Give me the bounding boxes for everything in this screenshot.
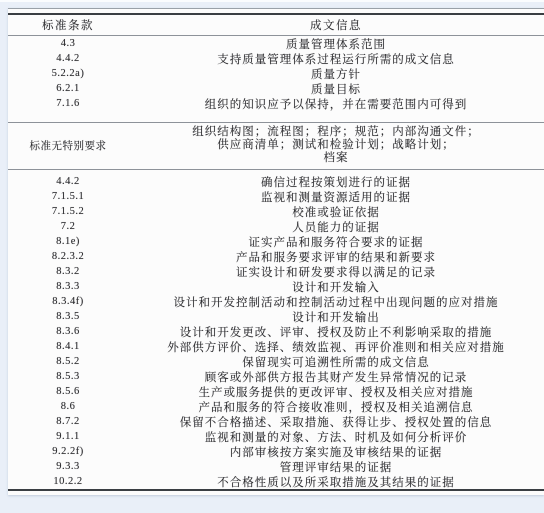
bottom-padding xyxy=(8,491,544,495)
table-row: 8.1e) 证实产品和服务符合要求的证据 xyxy=(8,234,544,249)
clause-cell: 标准无特别要求 xyxy=(8,138,128,153)
table-row: 8.4.1 外部供方评价、选择、绩效监视、再评价准则和相关应对措施 xyxy=(8,339,544,354)
clause-cell: 4.4.2 xyxy=(8,176,128,187)
clause-cell: 8.3.6 xyxy=(8,326,128,337)
table-row: 8.3.5 设计和开发输出 xyxy=(8,309,544,324)
info-cell: 质量方针 xyxy=(128,66,544,82)
section-gap xyxy=(8,111,544,122)
table-row: 7.2 人员能力的证据 xyxy=(8,219,544,234)
table-row: 4.3 质量管理体系范围 xyxy=(8,36,544,51)
info-cell: 人员能力的证据 xyxy=(128,219,544,235)
info-cell: 保留现实可追溯性所需的成文信息 xyxy=(128,354,544,370)
info-cell: 设计和开发输入 xyxy=(128,279,544,295)
table-header-row: 标准条款 成文信息 xyxy=(8,15,544,35)
table-row: 8.3.4f) 设计和开发控制活动和控制活动过程中出现问题的应对措施 xyxy=(8,294,544,309)
scanned-page-background: 标准条款 成文信息 4.3 质量管理体系范围 4.4.2 支持质量管理体系过程运… xyxy=(0,0,544,513)
info-cell: 确信过程按策划进行的证据 xyxy=(128,174,544,190)
clause-cell: 6.2.1 xyxy=(8,83,128,94)
table-row: 8.6 产品和服务的符合接收准则，授权及相关追溯信息 xyxy=(8,399,544,414)
table-row: 8.3.2 证实设计和研发要求得以满足的记录 xyxy=(8,264,544,279)
column-header-info: 成文信息 xyxy=(128,17,544,33)
table-row: 8.3.6 设计和开发更改、评审、授权及防止不利影响采取的措施 xyxy=(8,324,544,339)
info-cell: 不合格性质以及所采取措施及其结果的证据 xyxy=(128,474,544,490)
clause-cell: 9.2.2f) xyxy=(8,446,128,457)
clause-cell: 10.2.2 xyxy=(8,476,128,487)
clause-cell: 8.4.1 xyxy=(8,341,128,352)
section-no-specific-requirement: 标准无特别要求 组织结构图；流程图；程序；规范；内部沟通文件； 供应商清单；测试… xyxy=(8,123,544,169)
info-cell: 组织结构图；流程图；程序；规范；内部沟通文件； 供应商清单；测试和检验计划；战略… xyxy=(128,126,544,165)
section-required-documents: 4.3 质量管理体系范围 4.4.2 支持质量管理体系过程运行所需的成文信息 5… xyxy=(8,36,544,111)
clause-cell: 9.3.3 xyxy=(8,461,128,472)
table-row: 7.1.5.1 监视和测量资源适用的证据 xyxy=(8,189,544,204)
table-row: 6.2.1 质量目标 xyxy=(8,81,544,96)
info-cell: 监视和测量资源适用的证据 xyxy=(128,189,544,205)
clause-cell: 8.3.5 xyxy=(8,311,128,322)
table-row: 9.3.3 管理评审结果的证据 xyxy=(8,459,544,474)
table-row: 9.2.2f) 内部审核按方案实施及审核结果的证据 xyxy=(8,444,544,459)
clause-cell: 8.3.2 xyxy=(8,266,128,277)
clause-cell: 8.2.3.2 xyxy=(8,251,128,262)
info-cell: 内部审核按方案实施及审核结果的证据 xyxy=(128,444,544,460)
clause-cell: 7.2 xyxy=(8,221,128,232)
document-table: 标准条款 成文信息 4.3 质量管理体系范围 4.4.2 支持质量管理体系过程运… xyxy=(8,8,544,495)
info-cell: 产品和服务要求评审的结果和新要求 xyxy=(128,249,544,265)
table-row: 9.1.1 监视和测量的对象、方法、时机及如何分析评价 xyxy=(8,429,544,444)
table-row: 8.2.3.2 产品和服务要求评审的结果和新要求 xyxy=(8,249,544,264)
info-cell: 保留不合格描述、采取措施、获得让步、授权处置的信息 xyxy=(128,414,544,430)
info-cell: 质量管理体系范围 xyxy=(128,36,544,52)
info-cell: 证实产品和服务符合要求的证据 xyxy=(128,234,544,250)
info-cell: 监视和测量的对象、方法、时机及如何分析评价 xyxy=(128,429,544,445)
info-line-1: 组织结构图；流程图；程序；规范；内部沟通文件； xyxy=(128,126,544,139)
clause-cell: 8.7.2 xyxy=(8,416,128,427)
clause-cell: 7.1.6 xyxy=(8,98,128,109)
table-row: 10.2.2 不合格性质以及所采取措施及其结果的证据 xyxy=(8,474,544,489)
info-cell: 设计和开发输出 xyxy=(128,309,544,325)
info-cell: 生产或服务提供的更改评审、授权及相关应对措施 xyxy=(128,384,544,400)
clause-cell: 9.1.1 xyxy=(8,431,128,442)
clause-cell: 8.5.2 xyxy=(8,356,128,367)
table-row: 5.2.2a) 质量方针 xyxy=(8,66,544,81)
table-row: 7.1.6 组织的知识应予以保持，并在需要范围内可得到 xyxy=(8,96,544,111)
clause-cell: 8.3.4f) xyxy=(8,296,128,307)
clause-cell: 8.1e) xyxy=(8,236,128,247)
table-row: 4.4.2 确信过程按策划进行的证据 xyxy=(8,174,544,189)
info-cell: 顾客或外部供方报告其财产发生异常情况的记录 xyxy=(128,369,544,385)
info-cell: 管理评审结果的证据 xyxy=(128,459,544,475)
table-row: 8.7.2 保留不合格描述、采取措施、获得让步、授权处置的信息 xyxy=(8,414,544,429)
info-line-2: 供应商清单；测试和检验计划；战略计划； xyxy=(128,139,544,152)
info-cell: 组织的知识应予以保持，并在需要范围内可得到 xyxy=(128,96,544,112)
clause-cell: 4.3 xyxy=(8,38,128,49)
table-row: 7.1.5.2 校准或验证依据 xyxy=(8,204,544,219)
clause-cell: 8.5.6 xyxy=(8,386,128,397)
info-cell: 产品和服务的符合接收准则，授权及相关追溯信息 xyxy=(128,399,544,415)
info-cell: 支持质量管理体系过程运行所需的成文信息 xyxy=(128,51,544,67)
clause-cell: 4.4.2 xyxy=(8,53,128,64)
info-line-3: 档案 xyxy=(128,152,544,165)
clause-cell: 8.5.3 xyxy=(8,371,128,382)
clause-cell: 8.6 xyxy=(8,401,128,412)
table-row: 8.3.3 设计和开发输入 xyxy=(8,279,544,294)
section-retained-evidence: 4.4.2 确信过程按策划进行的证据 7.1.5.1 监视和测量资源适用的证据 … xyxy=(8,170,544,489)
info-cell: 设计和开发更改、评审、授权及防止不利影响采取的措施 xyxy=(128,324,544,340)
table-row: 8.5.3 顾客或外部供方报告其财产发生异常情况的记录 xyxy=(8,369,544,384)
clause-cell: 8.3.3 xyxy=(8,281,128,292)
clause-cell: 7.1.5.2 xyxy=(8,206,128,217)
info-cell: 质量目标 xyxy=(128,81,544,97)
info-cell: 校准或验证依据 xyxy=(128,204,544,220)
clause-cell: 7.1.5.1 xyxy=(8,191,128,202)
table-row: 8.5.2 保留现实可追溯性所需的成文信息 xyxy=(8,354,544,369)
info-cell: 外部供方评价、选择、绩效监视、再评价准则和相关应对措施 xyxy=(128,339,544,355)
table-row: 8.5.6 生产或服务提供的更改评审、授权及相关应对措施 xyxy=(8,384,544,399)
info-cell: 证实设计和研发要求得以满足的记录 xyxy=(128,264,544,280)
table-row: 4.4.2 支持质量管理体系过程运行所需的成文信息 xyxy=(8,51,544,66)
info-cell: 设计和开发控制活动和控制活动过程中出现问题的应对措施 xyxy=(128,294,544,310)
column-header-clause: 标准条款 xyxy=(8,17,128,33)
clause-cell: 5.2.2a) xyxy=(8,68,128,79)
